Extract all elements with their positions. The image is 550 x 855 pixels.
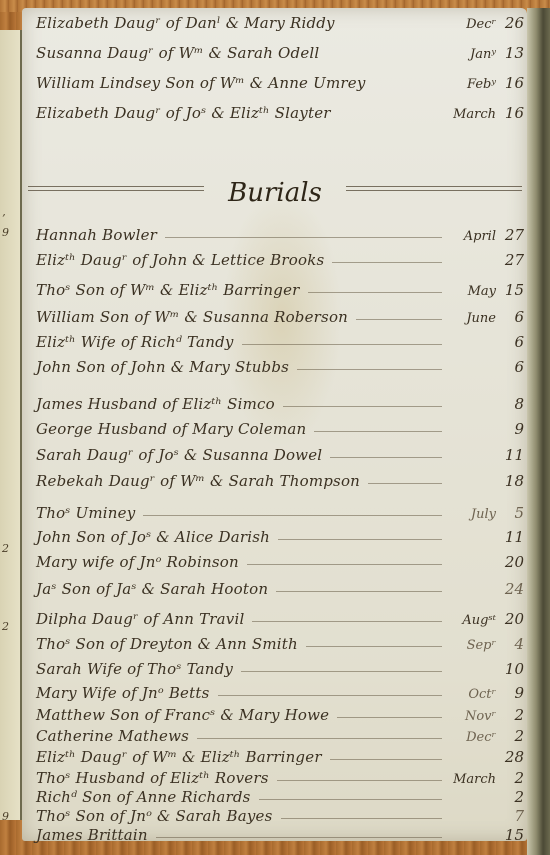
entry-month: June: [448, 311, 496, 326]
entry-day: 8: [496, 395, 524, 413]
entry-day: 6: [496, 358, 524, 376]
register-entry: Elizabeth Daugʳ of Danˡ & Mary Riddy Dec…: [36, 6, 524, 32]
entry-day: 27: [496, 251, 524, 269]
burial-entry: William Son of Wᵐ & Susanna Roberson Jun…: [36, 300, 524, 326]
entry-day: 20: [496, 553, 524, 571]
burial-entry: John Son of Joˢ & Alice Darish 11: [36, 520, 524, 546]
entry-month: Sepʳ: [448, 638, 496, 653]
entry-text: James Husband of Elizᵗʰ Simco: [36, 395, 275, 413]
entry-day: 15: [496, 281, 524, 299]
section-title: Burials: [204, 178, 346, 208]
entry-day: 20: [496, 610, 524, 628]
entry-text: Susanna Daugʳ of Wᵐ & Sarah Odell: [36, 44, 319, 62]
entry-month: Augˢᵗ: [448, 613, 496, 628]
burial-entry: Elizᵗʰ Wife of Richᵈ Tandy 6: [36, 325, 524, 351]
burial-entry: James Husband of Elizᵗʰ Simco 8: [36, 387, 524, 413]
burial-entry: Jaˢ Son of Jaˢ & Sarah Hooton 24: [36, 572, 524, 598]
entry-day: 4: [496, 635, 524, 653]
entry-month: Decʳ: [448, 17, 496, 32]
entry-day: 16: [496, 104, 524, 122]
book-binding-edge: [527, 8, 550, 855]
entry-day: 11: [496, 446, 524, 464]
entry-text: Dilpha Daugʳ of Ann Travil: [36, 610, 244, 628]
entry-day: 6: [496, 308, 524, 326]
entry-text: Mary wife of Jnᵒ Robinson: [36, 553, 239, 571]
left-page-fragment: 9: [2, 226, 9, 239]
burial-entry: John Son of John & Mary Stubbs 6: [36, 350, 524, 376]
entry-day: 15: [496, 826, 524, 844]
entry-text: George Husband of Mary Coleman: [36, 420, 306, 438]
entry-day: 18: [496, 472, 524, 490]
register-entry: Elizabeth Daugʳ of Joˢ & Elizᵗʰ Slayter …: [36, 96, 524, 122]
left-page-edge: ’ 9 2 2 9: [0, 30, 22, 820]
entry-text: John Son of Joˢ & Alice Darish: [36, 528, 270, 546]
burial-entry: Thoˢ Son of Dreyton & Ann Smith Sepʳ 4: [36, 627, 524, 653]
entry-month: April: [448, 229, 496, 244]
burial-entry: Thoˢ Uminey July 5: [36, 496, 524, 522]
section-heading: Burials: [28, 168, 522, 208]
entry-text: Elizᵗʰ Daugʳ of John & Lettice Brooks: [36, 251, 324, 269]
entry-day: 27: [496, 226, 524, 244]
heading-rule-left: [28, 186, 204, 191]
register-entry: William Lindsey Son of Wᵐ & Anne Umrey F…: [36, 66, 524, 92]
burial-entry: Thoˢ Son of Wᵐ & Elizᵗʰ Barringer May 15: [36, 273, 524, 299]
left-page-fragment: 2: [2, 620, 9, 633]
entry-text: William Son of Wᵐ & Susanna Roberson: [36, 308, 348, 326]
entry-month: March: [448, 107, 496, 122]
left-page-fragment: 9: [2, 810, 9, 823]
burial-entry: Sarah Wife of Thoˢ Tandy 10: [36, 652, 524, 678]
left-page-fragment: 2: [2, 542, 9, 555]
entry-text: Sarah Daugʳ of Joˢ & Susanna Dowel: [36, 446, 322, 464]
entry-text: Elizabeth Daugʳ of Danˡ & Mary Riddy: [36, 14, 335, 32]
burial-entry: Sarah Daugʳ of Joˢ & Susanna Dowel 11: [36, 438, 524, 464]
entry-text: Thoˢ Son of Dreyton & Ann Smith: [36, 635, 298, 653]
entry-text: Jaˢ Son of Jaˢ & Sarah Hooton: [36, 580, 268, 598]
entry-month: Janʸ: [448, 47, 496, 62]
entry-text: Thoˢ Son of Wᵐ & Elizᵗʰ Barringer: [36, 281, 300, 299]
entry-text: Rebekah Daugʳ of Wᵐ & Sarah Thompson: [36, 472, 360, 490]
register-entry: Susanna Daugʳ of Wᵐ & Sarah Odell Janʸ 1…: [36, 36, 524, 62]
entry-text: James Brittain: [36, 826, 148, 844]
entry-text: Elizabeth Daugʳ of Joˢ & Elizᵗʰ Slayter: [36, 104, 331, 122]
entry-day: 9: [496, 420, 524, 438]
burial-entry: Elizᵗʰ Daugʳ of John & Lettice Brooks 27: [36, 243, 524, 269]
entry-day: 6: [496, 333, 524, 351]
burial-entry: Rebekah Daugʳ of Wᵐ & Sarah Thompson 18: [36, 464, 524, 490]
burial-entry: James Brittain 15: [36, 818, 524, 844]
burial-entry: Mary wife of Jnᵒ Robinson 20: [36, 545, 524, 571]
entry-day: 24: [496, 580, 524, 598]
burial-entry: Hannah Bowler April 27: [36, 218, 524, 244]
entry-month: May: [448, 284, 496, 299]
left-page-fragment: ’: [2, 212, 6, 225]
entry-day: 16: [496, 74, 524, 92]
entry-month: Febʸ: [448, 77, 496, 92]
entry-day: 26: [496, 14, 524, 32]
entry-text: Hannah Bowler: [36, 226, 157, 244]
entry-day: 11: [496, 528, 524, 546]
burial-entry: Dilpha Daugʳ of Ann Travil Augˢᵗ 20: [36, 602, 524, 628]
entry-text: William Lindsey Son of Wᵐ & Anne Umrey: [36, 74, 366, 92]
burial-entry: George Husband of Mary Coleman 9: [36, 412, 524, 438]
heading-rule-right: [346, 186, 522, 191]
entry-day: 13: [496, 44, 524, 62]
entry-text: Elizᵗʰ Wife of Richᵈ Tandy: [36, 333, 234, 351]
entry-text: John Son of John & Mary Stubbs: [36, 358, 289, 376]
